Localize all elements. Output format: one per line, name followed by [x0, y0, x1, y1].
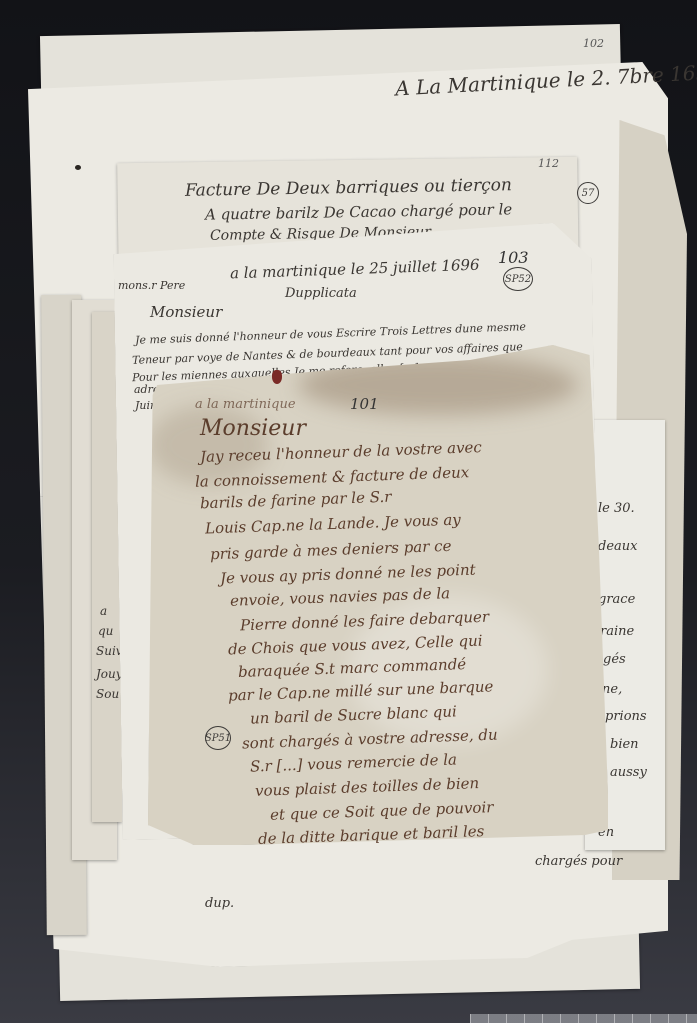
scale-ruler	[470, 1014, 697, 1023]
page-number-101: 101	[350, 397, 379, 412]
paper-hole	[75, 165, 81, 170]
stamp-sp52: SP52	[503, 267, 533, 291]
stamp-57: 57	[577, 182, 599, 204]
page-number-103: 103	[498, 250, 529, 266]
page-number-102: 102	[583, 38, 604, 49]
page-number-112: 112	[538, 158, 559, 169]
stamp-sp51: SP51	[205, 726, 231, 750]
wax-seal-remnant	[272, 370, 282, 384]
